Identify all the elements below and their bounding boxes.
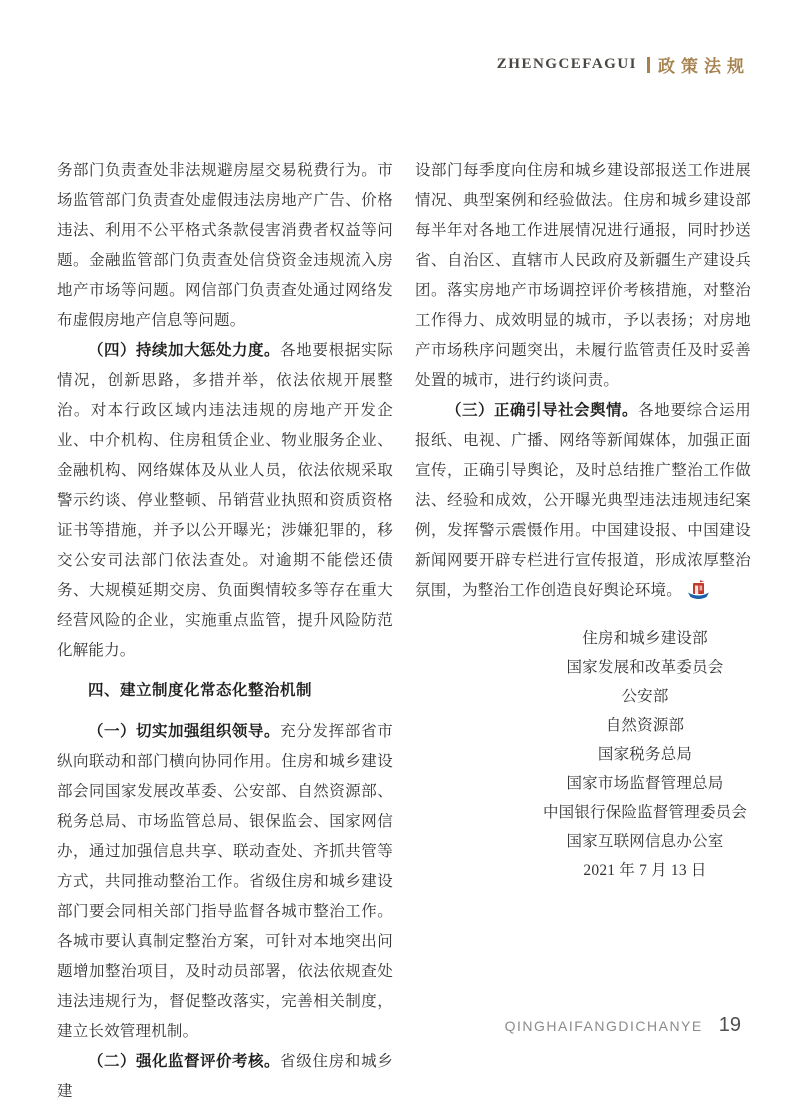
paragraph-item-3: （三）正确引导社会舆情。各地要综合运用报纸、电视、广播、网络等新闻媒体，加强正面… [415, 396, 751, 606]
paragraph-item-1: （一）切实加强组织领导。充分发挥部省市纵向联动和部门横向协同作用。住房和城乡建设… [57, 717, 393, 1047]
signature-line: 住房和城乡建设部 [539, 624, 751, 653]
signature-date: 2021 年 7 月 13 日 [539, 856, 751, 885]
signature-line: 国家互联网信息办公室 [539, 827, 751, 856]
paragraph-text: 充分发挥部省市纵向联动和部门横向协同作用。住房和城乡建设部会同国家发展改革委、公… [57, 723, 393, 1040]
signature-block: 住房和城乡建设部 国家发展和改革委员会 公安部 自然资源部 国家税务总局 国家市… [539, 624, 751, 885]
magazine-page: ZHENGCEFAGUI 政策法规 务部门负责查处非法规避房屋交易税费行为。市场… [0, 0, 805, 1100]
signature-line: 公安部 [539, 682, 751, 711]
page-header: ZHENGCEFAGUI 政策法规 [497, 52, 750, 77]
section-heading: 四、建立制度化常态化整治机制 [57, 676, 393, 706]
article-end-icon [687, 580, 710, 599]
page-footer: QINGHAIFANGDICHANYE 19 [505, 1014, 741, 1037]
signature-line: 国家发展和改革委员会 [539, 653, 751, 682]
footer-journal-pinyin: QINGHAIFANGDICHANYE [505, 1018, 703, 1034]
left-column: 务部门负责查处非法规避房屋交易税费行为。市场监管部门负责查处虚假违法房地产广告、… [57, 156, 393, 1100]
signature-line: 国家市场监督管理总局 [539, 769, 751, 798]
paragraph-text: 各地要根据实际情况，创新思路，多措并举，依法依规开展整治。对本行政区域内违法违规… [57, 342, 393, 659]
signature-line: 中国银行保险监督管理委员会 [539, 798, 751, 827]
signature-line: 国家税务总局 [539, 740, 751, 769]
paragraph-text: 各地要综合运用报纸、电视、广播、网络等新闻媒体，加强正面宣传，正确引导舆论，及时… [415, 402, 751, 599]
paragraph-continuation: 设部门每季度向住房和城乡建设部报送工作进展情况、典型案例和经验做法。住房和城乡建… [415, 156, 751, 396]
header-section-title: 政策法规 [658, 52, 750, 77]
paragraph-item-2: （二）强化监督评价考核。省级住房和城乡建 [57, 1047, 393, 1100]
paragraph-lead: （二）强化监督评价考核。 [88, 1053, 280, 1070]
paragraph-lead: （四）持续加大惩处力度。 [88, 342, 280, 359]
paragraph-continuation: 务部门负责查处非法规避房屋交易税费行为。市场监管部门负责查处虚假违法房地产广告、… [57, 156, 393, 336]
article-body: 务部门负责查处非法规避房屋交易税费行为。市场监管部门负责查处虚假违法房地产广告、… [57, 156, 751, 1100]
paragraph-item-4: （四）持续加大惩处力度。各地要根据实际情况，创新思路，多措并举，依法依规开展整治… [57, 336, 393, 666]
page-number: 19 [719, 1014, 741, 1037]
paragraph-lead: （三）正确引导社会舆情。 [446, 402, 638, 419]
signature-line: 自然资源部 [539, 711, 751, 740]
header-divider-bar [647, 57, 650, 73]
paragraph-lead: （一）切实加强组织领导。 [88, 723, 280, 740]
header-journal-pinyin: ZHENGCEFAGUI [497, 56, 637, 73]
right-column: 设部门每季度向住房和城乡建设部报送工作进展情况、典型案例和经验做法。住房和城乡建… [415, 156, 751, 1100]
